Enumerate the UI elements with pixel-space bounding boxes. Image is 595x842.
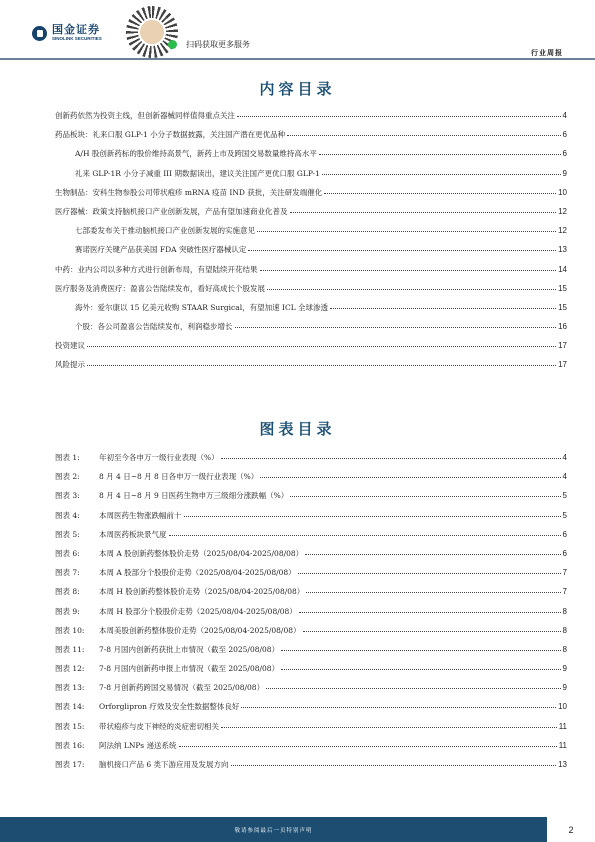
figure-label: 本周 H 股部分个股股价走势（2025/08/04-2025/08/08） [99, 607, 297, 616]
toc-item[interactable]: 医疗服务及消费医疗：盈喜公告陆续发布，看好高成长个股发展15 [55, 283, 567, 302]
dot-leader [330, 302, 556, 309]
figure-page: 10 [558, 702, 567, 711]
figure-page: 5 [563, 491, 567, 500]
figure-number: 图表 13: [55, 682, 99, 693]
report-type-label: 行业周报 [531, 48, 563, 58]
figure-label: Orforglipron 疗效及安全性数据整体良好 [99, 702, 239, 711]
figure-label: 本周美股创新药整体股价走势（2025/08/04-2025/08/08） [99, 626, 301, 635]
figure-item[interactable]: 图表 11:7-8 月国内创新药获批上市情况（截至 2025/08/08）8 [55, 644, 567, 663]
toc-item-label: 中药：业内公司以多种方式进行创新布局，有望陆续开花结果 [55, 264, 258, 275]
toc-item-page: 6 [563, 130, 567, 139]
figure-item[interactable]: 图表 16:阿法纳 LNPs 递送系统11 [55, 740, 567, 759]
toc-subitem[interactable]: 七部委发布关于推动脑机接口产业创新发展的实施意见12 [55, 225, 567, 244]
toc-item-page: 13 [558, 245, 567, 254]
toc-item-page: 15 [558, 284, 567, 293]
dot-leader [281, 644, 560, 651]
logo-english-name: SINOLINK SECURITIES [52, 36, 102, 42]
logo-chinese-name: 国金证券 [52, 24, 102, 36]
figure-label: 7-8 月创新药跨国交易情况（截至 2025/08/08） [99, 683, 264, 692]
dot-leader [298, 567, 561, 574]
toc-item-page: 6 [563, 149, 567, 158]
figure-page: 5 [563, 511, 567, 520]
dot-leader [290, 206, 557, 213]
toc-item-page: 4 [563, 111, 567, 120]
figure-page: 6 [563, 549, 567, 558]
figure-label: 脑机接口产品 6 类下游应用及发展方向 [99, 760, 229, 769]
logo-mark-icon [32, 26, 47, 41]
toc-item[interactable]: 风险提示17 [55, 359, 567, 378]
dot-leader [221, 721, 557, 728]
figure-label: 7-8 月国内创新药申报上市情况（截至 2025/08/08） [99, 664, 279, 673]
footer-disclaimer: 敬请参阅最后一页特别声明 [234, 826, 312, 834]
figure-page: 9 [563, 664, 567, 673]
toc-item-label: 礼来 GLP-1R 小分子减重 III 期数据读出，建议关注国产更优口服 GLP… [75, 168, 320, 179]
figure-label: 本周 A 股创新药整体股价走势（2025/08/04-2025/08/08） [99, 549, 303, 558]
dot-leader [324, 187, 556, 194]
toc-item-label: 海外：爱尔康以 15 亿美元收购 STAAR Surgical，有望加速 ICL… [75, 302, 328, 313]
figure-item[interactable]: 图表 8:本周 H 股创新药整体股价走势（2025/08/04-2025/08/… [55, 586, 567, 605]
dot-leader [287, 129, 560, 136]
figure-page: 13 [558, 760, 567, 769]
dot-leader [179, 740, 557, 747]
page-footer: 敬请参阅最后一页特别声明 2 [0, 817, 595, 842]
dot-leader [303, 625, 561, 632]
toc-item-page: 14 [558, 265, 567, 274]
figure-page: 7 [563, 587, 567, 596]
toc-item-label: 药品板块：礼来口服 GLP-1 小分子数据披露，关注国产潜在更优品种 [55, 129, 285, 140]
contents-list: 创新药依然为投资主线，但创新器械同样值得重点关注4 药品板块：礼来口服 GLP-… [55, 110, 567, 379]
dot-leader [266, 682, 560, 689]
figure-item[interactable]: 图表 7:本周 A 股部分个股股价走势（2025/08/04-2025/08/0… [55, 567, 567, 586]
figure-item[interactable]: 图表 6:本周 A 股创新药整体股价走势（2025/08/04-2025/08/… [55, 548, 567, 567]
page-header: 国金证券 SINOLINK SECURITIES 扫码获取更多服务 行业周报 [0, 0, 595, 66]
figure-item[interactable]: 图表 3:8 月 4 日~8 月 9 日医药生物申万三级细分涨跌幅（%）5 [55, 490, 567, 509]
figure-page: 8 [563, 626, 567, 635]
dot-leader [248, 244, 556, 251]
dot-leader [87, 359, 556, 366]
dot-leader [305, 548, 560, 555]
sinolink-logo: 国金证券 SINOLINK SECURITIES [32, 24, 102, 42]
figures-title: 图表目录 [0, 418, 595, 439]
toc-item-page: 17 [558, 341, 567, 350]
figure-number: 图表 16: [55, 740, 99, 751]
dot-leader [221, 452, 561, 459]
figure-label: 带状疱疹与皮下神经的炎症密切相关 [99, 722, 219, 731]
figure-label: 8 月 4 日~8 月 8 日各申万一级行业表现（%） [99, 472, 258, 481]
figure-page: 4 [563, 453, 567, 462]
figure-number: 图表 8: [55, 586, 99, 597]
figure-page: 8 [563, 607, 567, 616]
toc-item[interactable]: 投资建议17 [55, 340, 567, 359]
toc-item[interactable]: 医疗器械：政策支持脑机接口产业创新发展，产品有望加速商业化普及12 [55, 206, 567, 225]
dot-leader [231, 759, 557, 766]
figure-number: 图表 10: [55, 625, 99, 636]
toc-item-page: 9 [563, 169, 567, 178]
toc-item-label: 生物制品：安科生物参股公司带状疱疹 mRNA 疫苗 IND 获批，关注研发端催化 [55, 187, 322, 198]
toc-item-page: 15 [558, 303, 567, 312]
figure-number: 图表 4: [55, 510, 99, 521]
figure-number: 图表 12: [55, 663, 99, 674]
toc-subitem[interactable]: A/H 股创新药标的股价维持高景气，新药上市及跨国交易数量维持高水平6 [55, 148, 567, 167]
figure-label: 8 月 4 日~8 月 9 日医药生物申万三级细分涨跌幅（%） [99, 491, 288, 500]
figure-number: 图表 11: [55, 644, 99, 655]
qr-code-icon[interactable] [126, 6, 178, 58]
figure-item[interactable]: 图表 9:本周 H 股部分个股股价走势（2025/08/04-2025/08/0… [55, 606, 567, 625]
toc-item-label: 医疗服务及消费医疗：盈喜公告陆续发布，看好高成长个股发展 [55, 283, 265, 294]
dot-leader [260, 264, 557, 271]
toc-item[interactable]: 生物制品：安科生物参股公司带状疱疹 mRNA 疫苗 IND 获批，关注研发端催化… [55, 187, 567, 206]
qr-caption: 扫码获取更多服务 [186, 39, 250, 50]
figure-label: 7-8 月国内创新药获批上市情况（截至 2025/08/08） [99, 645, 279, 654]
dot-leader [306, 586, 560, 593]
figure-number: 图表 2: [55, 471, 99, 482]
figure-page: 9 [563, 683, 567, 692]
toc-item-label: 创新药依然为投资主线，但创新器械同样值得重点关注 [55, 110, 235, 121]
figure-number: 图表 1: [55, 452, 99, 463]
figure-item[interactable]: 图表 4:本周医药生物涨跌幅前十5 [55, 510, 567, 529]
figure-label: 本周医药板块景气度 [99, 530, 167, 539]
dot-leader [267, 283, 556, 290]
dot-leader [260, 471, 560, 478]
dot-leader [235, 321, 557, 328]
dot-leader [241, 701, 556, 708]
figure-number: 图表 5: [55, 529, 99, 540]
toc-item-label: 赛诺医疗关键产品获美国 FDA 突破性医疗器械认定 [75, 244, 246, 255]
toc-item-label: 个股：各公司盈喜公告陆续发布，利润稳步增长 [75, 321, 233, 332]
figure-number: 图表 15: [55, 721, 99, 732]
toc-subitem[interactable]: 礼来 GLP-1R 小分子减重 III 期数据读出，建议关注国产更优口服 GLP… [55, 168, 567, 187]
figure-item[interactable]: 图表 15:带状疱疹与皮下神经的炎症密切相关11 [55, 721, 567, 740]
toc-item-page: 10 [558, 188, 567, 197]
figure-number: 图表 14: [55, 701, 99, 712]
toc-item-label: A/H 股创新药标的股价维持高景气，新药上市及跨国交易数量维持高水平 [75, 148, 317, 159]
figure-page: 4 [563, 472, 567, 481]
figure-item[interactable]: 图表 14:Orforglipron 疗效及安全性数据整体良好10 [55, 701, 567, 720]
dot-leader [290, 490, 560, 497]
toc-item-page: 12 [558, 207, 567, 216]
figure-label: 本周 A 股部分个股股价走势（2025/08/04-2025/08/08） [99, 568, 296, 577]
figure-page: 7 [563, 568, 567, 577]
figure-item[interactable]: 图表 1:年初至今各申万一级行业表现（%）4 [55, 452, 567, 471]
figure-number: 图表 17: [55, 759, 99, 770]
toc-item-page: 16 [558, 322, 567, 331]
figure-page: 11 [559, 722, 567, 731]
toc-item-label: 风险提示 [55, 359, 85, 370]
dot-leader [319, 148, 561, 155]
figure-item[interactable]: 图表 13:7-8 月创新药跨国交易情况（截至 2025/08/08）9 [55, 682, 567, 701]
dot-leader [87, 340, 556, 347]
dot-leader [299, 606, 561, 613]
toc-item-page: 12 [558, 226, 567, 235]
toc-subitem[interactable]: 个股：各公司盈喜公告陆续发布，利润稳步增长16 [55, 321, 567, 340]
figure-item[interactable]: 图表 10:本周美股创新药整体股价走势（2025/08/04-2025/08/0… [55, 625, 567, 644]
page-number: 2 [547, 817, 595, 842]
figure-page: 6 [563, 530, 567, 539]
figures-list: 图表 1:年初至今各申万一级行业表现（%）4 图表 2:8 月 4 日~8 月 … [55, 452, 567, 778]
toc-item-label: 七部委发布关于推动脑机接口产业创新发展的实施意见 [75, 225, 255, 236]
toc-item-label: 医疗器械：政策支持脑机接口产业创新发展，产品有望加速商业化普及 [55, 206, 288, 217]
figure-page: 8 [563, 645, 567, 654]
figure-label: 本周 H 股创新药整体股价走势（2025/08/04-2025/08/08） [99, 587, 304, 596]
figure-item[interactable]: 图表 5:本周医药板块景气度6 [55, 529, 567, 548]
dot-leader [322, 168, 561, 175]
figure-item[interactable]: 图表 12:7-8 月国内创新药申报上市情况（截至 2025/08/08）9 [55, 663, 567, 682]
figure-item[interactable]: 图表 2:8 月 4 日~8 月 8 日各申万一级行业表现（%）4 [55, 471, 567, 490]
dot-leader [281, 663, 560, 670]
toc-item[interactable]: 药品板块：礼来口服 GLP-1 小分子数据披露，关注国产潜在更优品种6 [55, 129, 567, 148]
figure-number: 图表 9: [55, 606, 99, 617]
figure-number: 图表 7: [55, 567, 99, 578]
toc-item-label: 投资建议 [55, 340, 85, 351]
footer-disclaimer-bar: 敬请参阅最后一页特别声明 [0, 817, 547, 842]
figure-label: 阿法纳 LNPs 递送系统 [99, 741, 177, 750]
figure-item[interactable]: 图表 17:脑机接口产品 6 类下游应用及发展方向13 [55, 759, 567, 778]
toc-item[interactable]: 创新药依然为投资主线，但创新器械同样值得重点关注4 [55, 110, 567, 129]
toc-item-page: 17 [558, 360, 567, 369]
toc-subitem[interactable]: 海外：爱尔康以 15 亿美元收购 STAAR Surgical，有望加速 ICL… [55, 302, 567, 321]
figure-number: 图表 3: [55, 490, 99, 501]
wechat-badge-icon [168, 40, 177, 49]
toc-subitem[interactable]: 赛诺医疗关键产品获美国 FDA 突破性医疗器械认定13 [55, 244, 567, 263]
figure-label: 本周医药生物涨跌幅前十 [99, 511, 182, 520]
figure-page: 11 [559, 741, 567, 750]
dot-leader [169, 529, 561, 536]
dot-leader [257, 225, 556, 232]
figure-label: 年初至今各申万一级行业表现（%） [99, 453, 219, 462]
dot-leader [184, 510, 561, 517]
header-divider [0, 58, 595, 60]
contents-title: 内容目录 [0, 78, 595, 99]
dot-leader [237, 110, 561, 117]
toc-item[interactable]: 中药：业内公司以多种方式进行创新布局，有望陆续开花结果14 [55, 264, 567, 283]
figure-number: 图表 6: [55, 548, 99, 559]
